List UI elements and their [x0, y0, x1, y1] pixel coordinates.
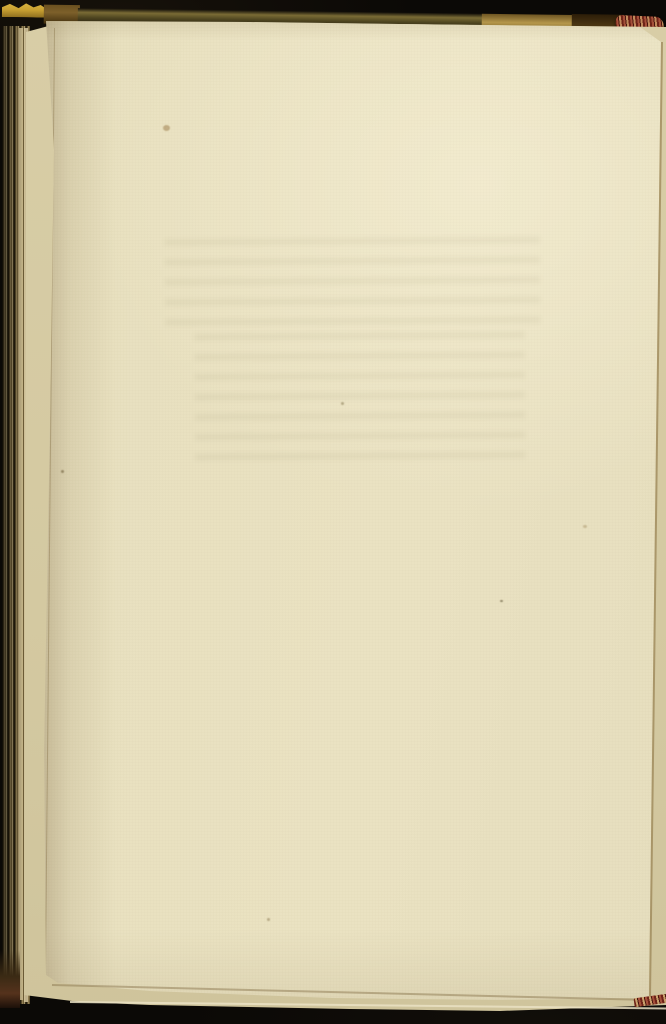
paper-grain-texture — [0, 0, 666, 1024]
book-photo-backdrop — [0, 0, 666, 1024]
blank-page — [0, 0, 666, 1024]
stack-bottom-wedge — [0, 950, 20, 1008]
board-gold-fragment — [2, 3, 46, 18]
